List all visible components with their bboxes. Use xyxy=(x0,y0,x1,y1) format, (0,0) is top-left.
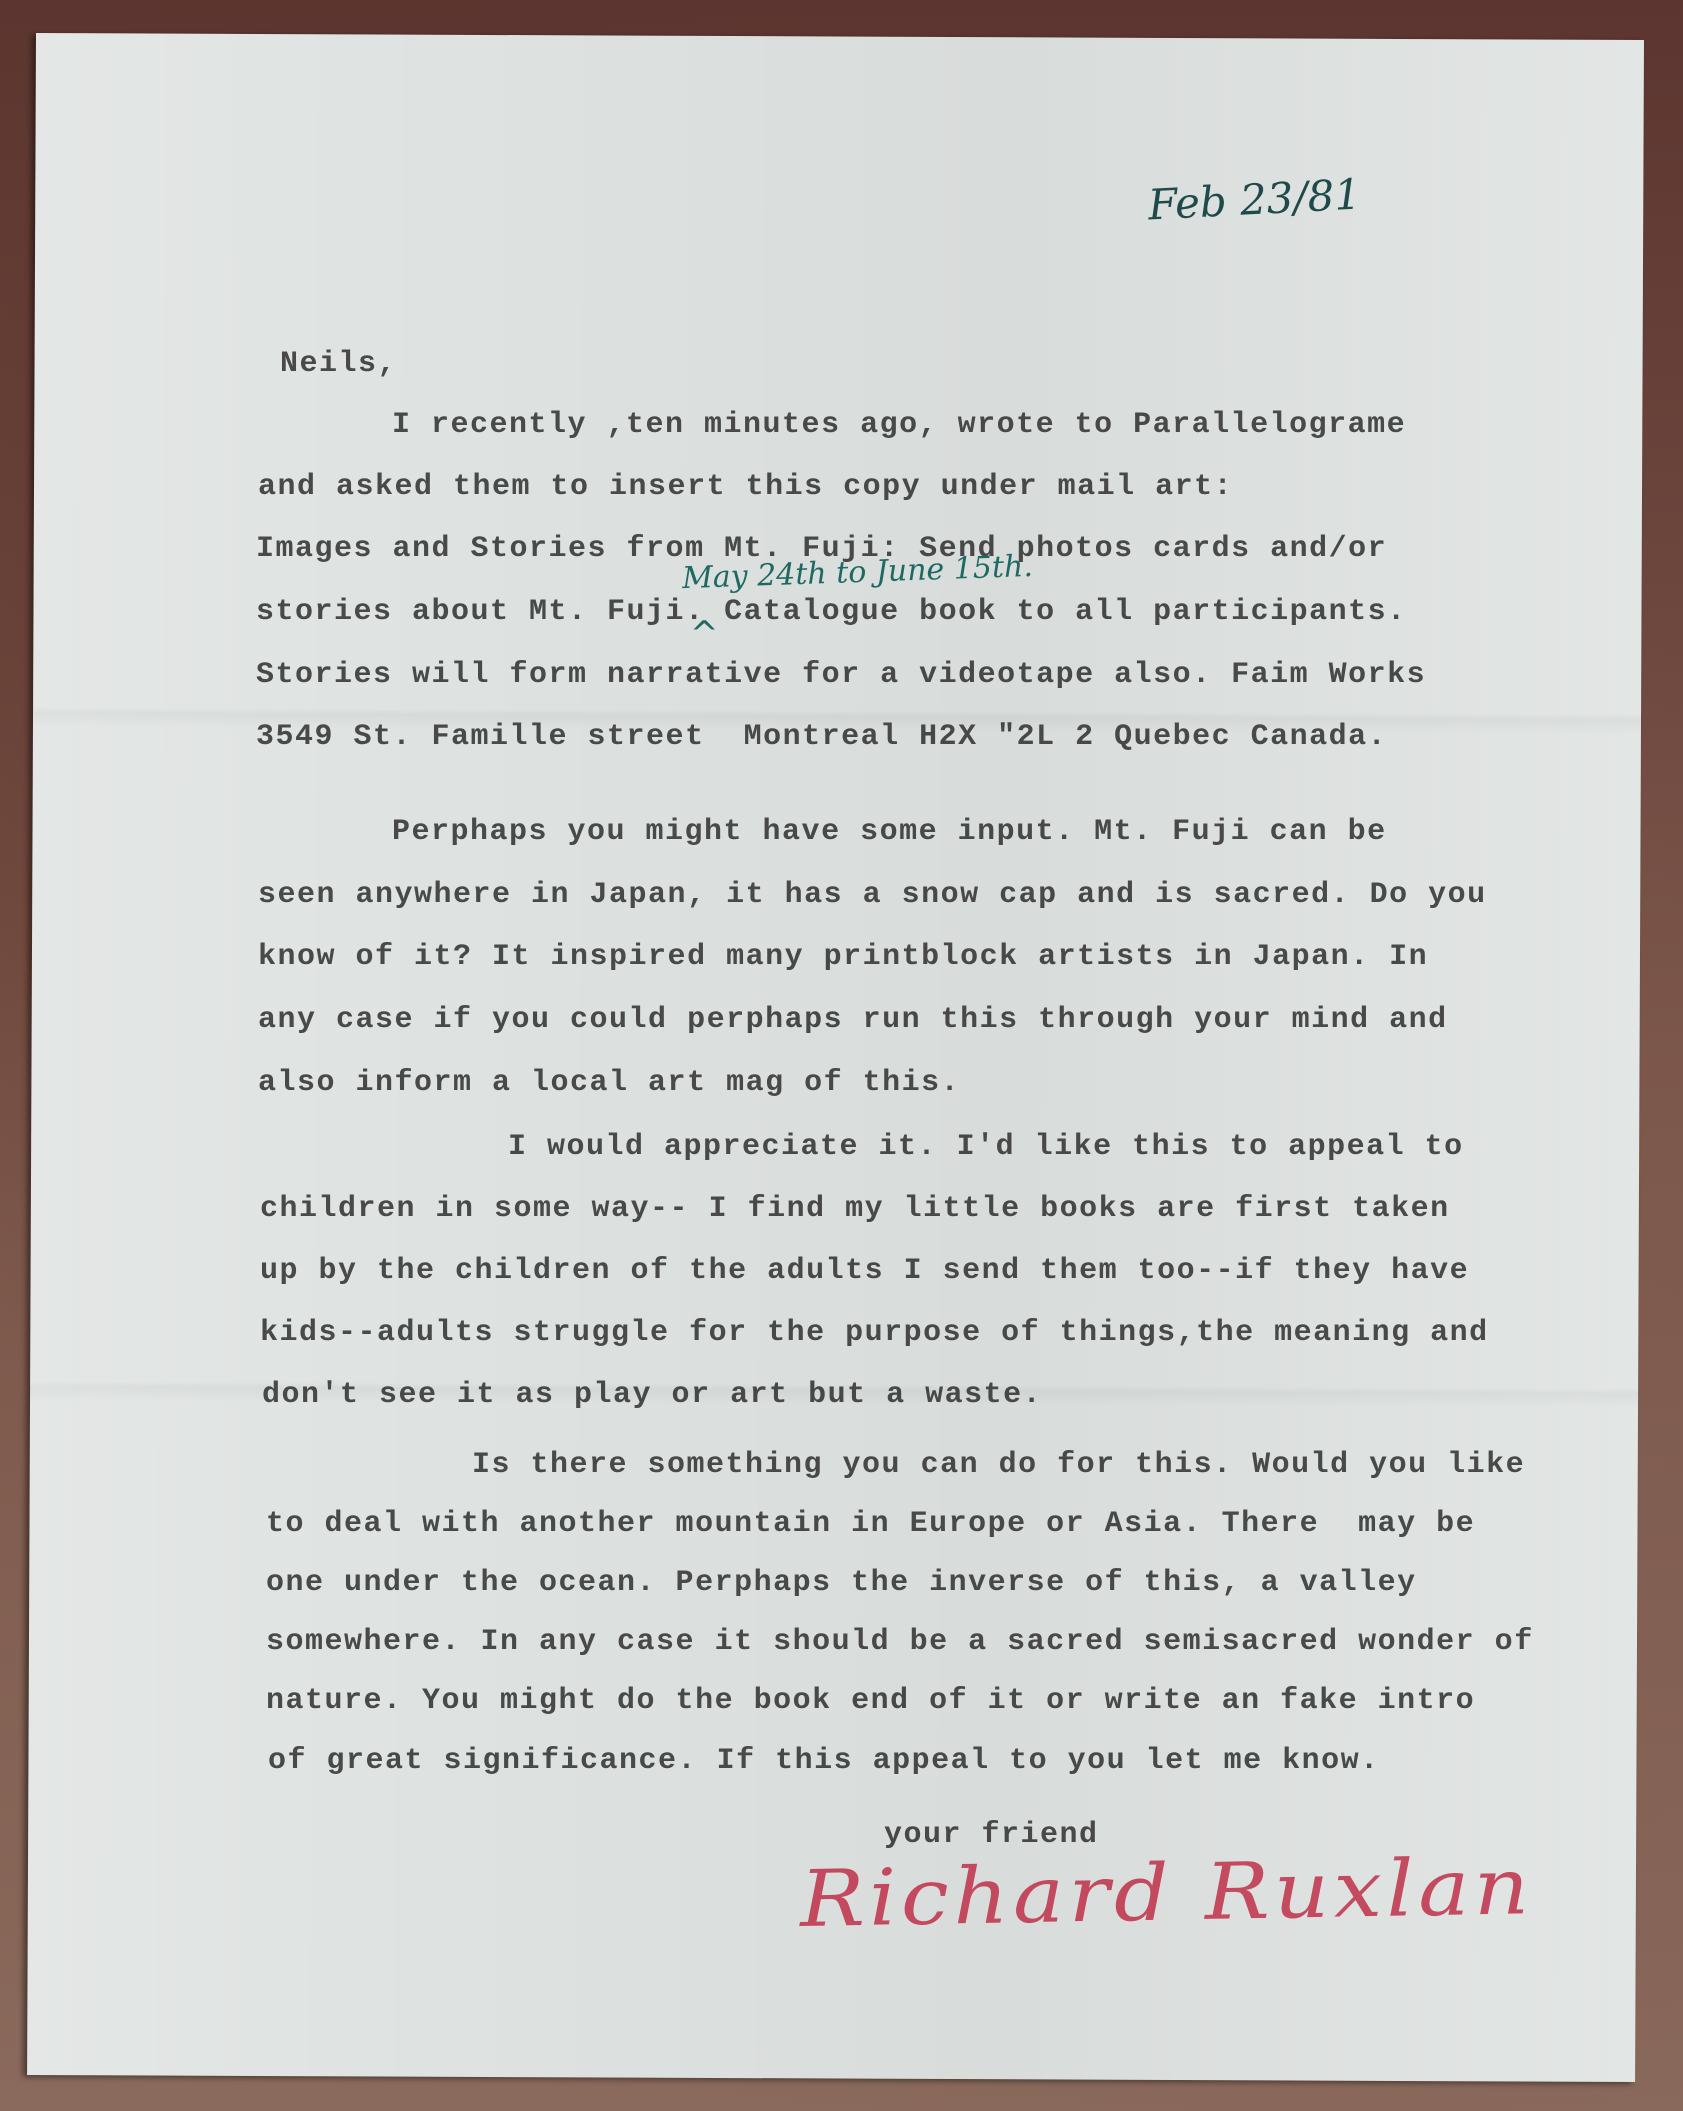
paragraph-1-line-4: stories about Mt. Fuji. Catalogue book t… xyxy=(256,595,1407,629)
paragraph-1-line-5: Stories will form narrative for a videot… xyxy=(256,658,1426,692)
paragraph-4-line-2: to deal with another mountain in Europe … xyxy=(266,1507,1475,1541)
paragraph-4-line-5: nature. You might do the book end of it … xyxy=(266,1684,1475,1718)
signature: Richard Ruxlan xyxy=(799,1842,1534,1945)
paragraph-3-line-4: kids--adults struggle for the purpose of… xyxy=(260,1316,1489,1350)
paragraph-4-line-4: somewhere. In any case it should be a sa… xyxy=(266,1625,1534,1659)
paragraph-3-line-2: children in some way-- I find my little … xyxy=(260,1192,1450,1226)
paragraph-2-line-2: seen anywhere in Japan, it has a snow ca… xyxy=(258,878,1487,912)
paragraph-4-line-1: Is there something you can do for this. … xyxy=(472,1448,1525,1482)
paragraph-1-line-2: and asked them to insert this copy under… xyxy=(258,470,1233,504)
paragraph-2-line-5: also inform a local art mag of this. xyxy=(258,1066,960,1100)
paragraph-2-line-4: any case if you could perphaps run this … xyxy=(258,1003,1448,1037)
paragraph-3-line-3: up by the children of the adults I send … xyxy=(260,1254,1469,1288)
paragraph-2-line-1: Perphaps you might have some input. Mt. … xyxy=(392,815,1387,849)
insertion-caret: ^ xyxy=(690,614,719,654)
paragraph-2-line-3: know of it? It inspired many printblock … xyxy=(258,940,1428,974)
paragraph-1-line-6: 3549 St. Famille street Montreal H2X "2L… xyxy=(256,720,1387,754)
salutation: Neils, xyxy=(280,347,397,381)
paragraph-3-line-5: don't see it as play or art but a waste. xyxy=(262,1378,1042,1412)
paragraph-4-line-6: of great significance. If this appeal to… xyxy=(268,1744,1380,1778)
paragraph-4-line-3: one under the ocean. Perphaps the invers… xyxy=(266,1566,1417,1600)
closing: your friend xyxy=(884,1818,1099,1852)
paragraph-1-line-1: I recently ,ten minutes ago, wrote to Pa… xyxy=(392,408,1406,442)
paragraph-3-line-1: I would appreciate it. I'd like this to … xyxy=(508,1130,1464,1164)
